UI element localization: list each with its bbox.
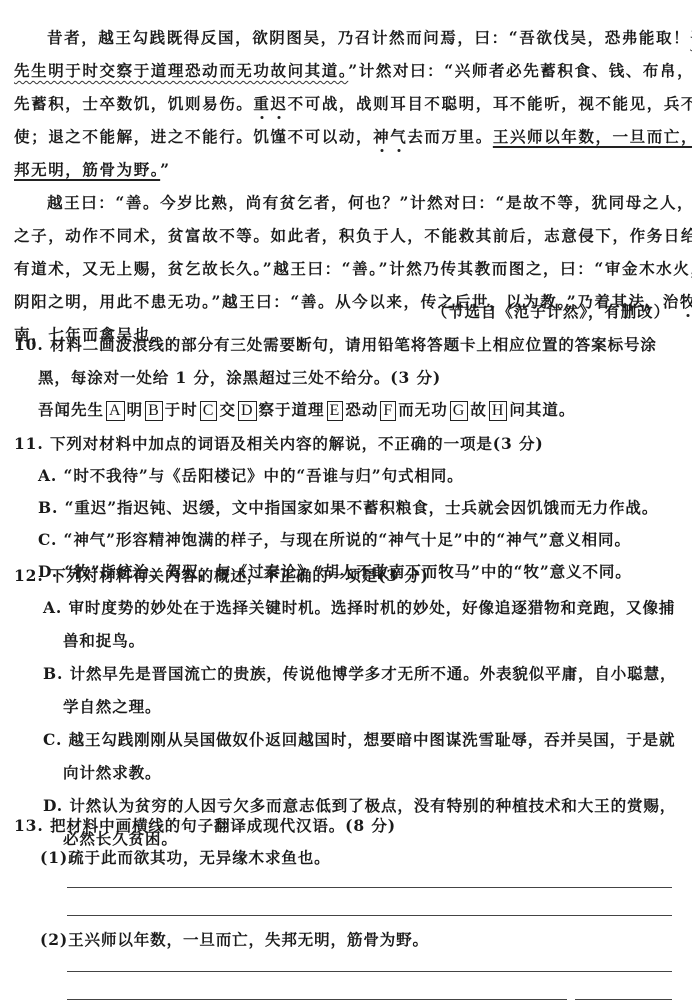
answer-box-a[interactable]: A — [106, 401, 125, 421]
answer-box-b[interactable]: B — [145, 401, 163, 421]
answer-line[interactable] — [67, 915, 672, 916]
answer-line[interactable] — [67, 887, 672, 888]
underlined-text: 王兴师以年数，一旦而亡，失 — [493, 127, 692, 146]
passage-line: 越王曰：“善。今岁比熟，尚有贫乞者，何也？”计然对曰：“是故不等，犹同母之人，异… — [47, 193, 692, 213]
question-13-sub-2: (2)王兴师以年数，一旦而亡，失邦无明，筋骨为野。 — [40, 930, 692, 950]
passage-line: 先蓄积，士卒数饥，饥则易伤。重迟不可战，战则耳目不聪明，耳不能听，视不能见，兵不… — [14, 94, 692, 114]
question-13-sub-1: (1)疏于此而欲其功，无异缘木求鱼也。 — [40, 848, 692, 868]
passage-text: 不可战，战则耳目不聪明，耳不能听，视不能见，兵不能 — [288, 94, 692, 113]
passage-text: ”计然对曰：“兴师者必先蓄积食、钱、布帛，不 — [348, 61, 692, 80]
exam-page: 昔者，越王勾践既得反国，欲阴图吴，乃召计然而问焉，曰：“吾欲伐吴，恐弗能取！吾闻… — [0, 0, 692, 1006]
question-12-option-c: C. 越王勾践刚刚从吴国做奴仆返回越国时，想要暗中图谋洗雪耻辱，吞并吴国，于是就 — [43, 730, 692, 750]
passage-text: 昔者，越王勾践既得反国，欲阴图吴，乃召计然而问焉，曰：“吾欲伐吴，恐弗能取！ — [47, 28, 690, 47]
wavy-underline-text: 先生明于时交察于道理恐动而无功故问其道。 — [14, 61, 348, 80]
question-11-option-a: A. “时不我待”与《岳阳楼记》中的“吾谁与归”句式相同。 — [38, 466, 692, 486]
question-12-option-d: D. 计然认为贫穷的人因亏欠多而意志低到了极点，没有特别的种植技术和大王的赏赐， — [43, 796, 692, 816]
answer-line[interactable] — [67, 999, 567, 1000]
question-12-option-b-cont: 学自然之理。 — [63, 697, 692, 717]
answer-line[interactable] — [575, 999, 672, 1000]
passage-line: 昔者，越王勾践既得反国，欲阴图吴，乃召计然而问焉，曰：“吾欲伐吴，恐弗能取！吾闻 — [47, 28, 692, 48]
question-12-option-a-cont: 兽和捉鸟。 — [63, 631, 692, 651]
segment-text: 于时 — [165, 400, 198, 419]
question-10-segmentation: 吾闻先生A明B于时C交D察于道理E恐动F而无功G故H问其道。 — [38, 400, 692, 421]
answer-line[interactable] — [67, 971, 672, 972]
question-11-stem: 11. 下列对材料中加点的词语及相关内容的解说，不正确的一项是(3 分) — [14, 434, 692, 454]
segment-text: 而无功 — [398, 400, 448, 419]
passage-text: 使；退之不能解，进之不能行。饥馑不可以动， — [14, 127, 373, 146]
question-12-option-b: B. 计然早先是晋国流亡的贵族，传说他博学多才无所不通。外表貌似平庸，自小聪慧， — [43, 664, 692, 684]
source-citation: （节选自《范子计然》，有删改） — [432, 302, 670, 322]
segment-text: 恐动 — [345, 400, 378, 419]
answer-box-f[interactable]: F — [380, 401, 396, 421]
question-11-option-c: C. “神气”形容精神饱满的样子，与现在所说的“神气十足”中的“神气”意义相同。 — [38, 530, 692, 550]
emphasis-dot-char: 气 — [390, 127, 407, 146]
segment-text: 明 — [127, 400, 144, 419]
answer-box-e[interactable]: E — [327, 401, 344, 421]
answer-box-h[interactable]: H — [489, 401, 508, 421]
underlined-text: 邦无明，筋骨为野。 — [14, 160, 160, 179]
passage-line: 使；退之不能解，进之不能行。饥馑不可以动，神气去而万里。王兴师以年数，一旦而亡，… — [14, 127, 692, 147]
emphasis-dot-char: 牧 — [680, 292, 692, 311]
question-12-stem: 12. 下列对材料有关内容的概述，不正确的一项是(3 分) — [14, 566, 692, 586]
segment-text: 察于道理 — [259, 400, 325, 419]
question-10-stem: 黑，每涂对一处给 1 分，涂黑超过三处不给分。(3 分) — [38, 368, 692, 388]
emphasis-dot-char: 神 — [373, 127, 390, 146]
question-11-option-b: B. “重迟”指迟钝、迟缓，文中指国家如果不蓄积粮食，士兵就会因饥饿而无力作战。 — [38, 498, 692, 518]
passage-line: 邦无明，筋骨为野。” — [14, 160, 692, 180]
question-10-stem: 10. 材料二画波浪线的部分有三处需要断句，请用铅笔将答题卡上相应位置的答案标号… — [14, 335, 692, 355]
passage-line: 有道术，又无上赐，贫乞故长久。”越王曰：“善。”计然乃传其教而图之，曰：“审金木… — [14, 259, 692, 279]
question-12-option-a: A. 审时度势的妙处在于选择关键时机。选择时机的妙处，好像追逐猎物和竞跑，又像捕 — [43, 598, 692, 618]
passage-text: ” — [160, 160, 171, 179]
answer-box-d[interactable]: D — [238, 401, 257, 421]
answer-box-g[interactable]: G — [450, 401, 469, 421]
passage-text: 先蓄积，士卒数饥，饥则易伤。 — [14, 94, 253, 113]
question-12-option-c-cont: 向计然求教。 — [63, 763, 692, 783]
passage-text: 去而万里。 — [407, 127, 493, 146]
emphasis-dot-char: 迟 — [271, 94, 288, 113]
segment-text: 交 — [219, 400, 236, 419]
question-13-stem: 13. 把材料中画横线的句子翻译成现代汉语。(8 分) — [14, 816, 692, 836]
segment-text: 问其道。 — [509, 400, 575, 419]
emphasis-dot-char: 重 — [253, 94, 270, 113]
passage-line: 先生明于时交察于道理恐动而无功故问其道。”计然对曰：“兴师者必先蓄积食、钱、布帛… — [14, 61, 692, 81]
segment-text: 吾闻先生 — [38, 400, 104, 419]
answer-box-c[interactable]: C — [200, 401, 218, 421]
passage-line: 之子，动作不同术，贫富故不等。如此者，积负于人，不能救其前后，志意侵下，作务日给… — [14, 226, 692, 246]
segment-text: 故 — [470, 400, 487, 419]
